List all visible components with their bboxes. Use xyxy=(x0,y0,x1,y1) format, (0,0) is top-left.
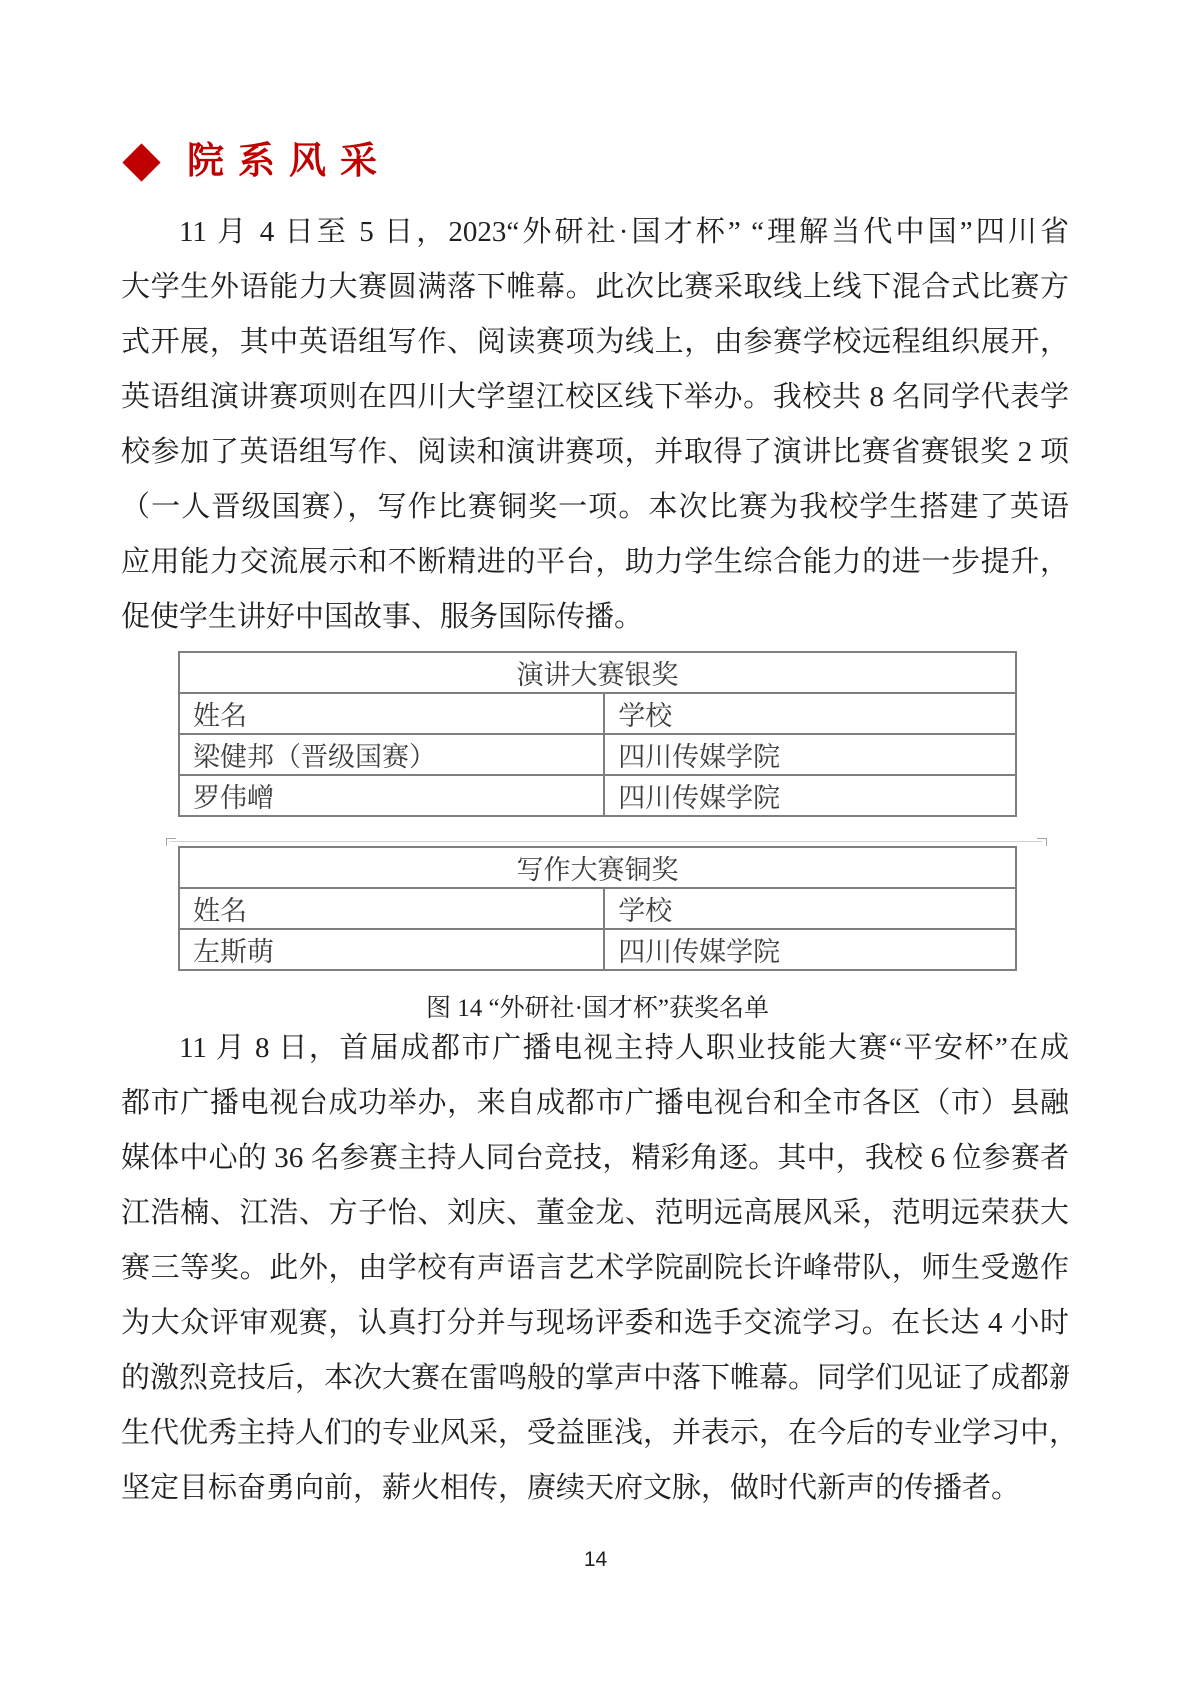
column-header-school: 学校 xyxy=(604,693,1016,734)
paragraph-foreign-language-contest: 11 月 4 日至 5 日，2023“外研社·国才杯” “理解当代中国”四川省 … xyxy=(121,205,1069,645)
paragraph-line: 的激烈竞技后，本次大赛在雷鸣般的掌声中落下帷幕。同学们见证了成都新 xyxy=(121,1351,1069,1406)
column-header-school: 学校 xyxy=(604,888,1016,929)
scan-artifact-tick xyxy=(1037,838,1047,846)
cell-school: 四川传媒学院 xyxy=(604,775,1016,816)
scan-artifact-line xyxy=(170,841,1042,842)
table-title: 写作大赛铜奖 xyxy=(179,847,1016,888)
page-number: 14 xyxy=(0,1548,1191,1572)
paragraph-line: 应用能力交流展示和不断精进的平台，助力学生综合能力的进一步提升， xyxy=(121,535,1069,590)
table-title-row: 演讲大赛银奖 xyxy=(179,652,1016,693)
writing-award-table: 写作大赛铜奖 姓名 学校 左斯萌 四川传媒学院 xyxy=(178,846,1017,971)
cell-school: 四川传媒学院 xyxy=(604,734,1016,775)
table-row: 梁健邦（晋级国赛） 四川传媒学院 xyxy=(179,734,1016,775)
table-title-row: 写作大赛铜奖 xyxy=(179,847,1016,888)
paragraph-line: 式开展，其中英语组写作、阅读赛项为线上，由参赛学校远程组织展开， xyxy=(121,315,1069,370)
paragraph-line: 都市广播电视台成功举办，来自成都市广播电视台和全市各区（市）县融 xyxy=(121,1076,1069,1131)
paragraph-line: 媒体中心的 36 名参赛主持人同台竞技，精彩角逐。其中，我校 6 位参赛者 xyxy=(121,1131,1069,1186)
speech-award-table: 演讲大赛银奖 姓名 学校 梁健邦（晋级国赛） 四川传媒学院 罗伟嶒 四川传媒学院 xyxy=(178,651,1017,817)
cell-name: 梁健邦（晋级国赛） xyxy=(179,734,604,775)
column-header-name: 姓名 xyxy=(179,693,604,734)
paragraph-line: 促使学生讲好中国故事、服务国际传播。 xyxy=(121,590,1069,645)
scan-artifact-tick xyxy=(166,838,176,846)
paragraph-line: 11 月 8 日，首届成都市广播电视主持人职业技能大赛“平安杯”在成 xyxy=(121,1021,1069,1076)
table-header-row: 姓名 学校 xyxy=(179,888,1016,929)
section-title: 院系风采 xyxy=(187,136,391,188)
column-header-name: 姓名 xyxy=(179,888,604,929)
table-row: 左斯萌 四川传媒学院 xyxy=(179,929,1016,970)
cell-school: 四川传媒学院 xyxy=(604,929,1016,970)
diamond-bullet-icon xyxy=(122,143,160,181)
document-page: 院系风采 11 月 4 日至 5 日，2023“外研社·国才杯” “理解当代中国… xyxy=(0,0,1191,1684)
paragraph-line: （一人晋级国赛），写作比赛铜奖一项。本次比赛为我校学生搭建了英语 xyxy=(121,480,1069,535)
paragraph-line: 坚定目标奋勇向前，薪火相传，赓续天府文脉，做时代新声的传播者。 xyxy=(121,1461,1069,1516)
paragraph-hosting-contest: 11 月 8 日，首届成都市广播电视主持人职业技能大赛“平安杯”在成 都市广播电… xyxy=(121,1021,1069,1516)
paragraph-line: 大学生外语能力大赛圆满落下帷幕。此次比赛采取线上线下混合式比赛方 xyxy=(121,260,1069,315)
figure-caption: 图 14 “外研社·国才杯”获奖名单 xyxy=(178,988,1017,1024)
table-title: 演讲大赛银奖 xyxy=(179,652,1016,693)
paragraph-line: 校参加了英语组写作、阅读和演讲赛项，并取得了演讲比赛省赛银奖 2 项 xyxy=(121,425,1069,480)
paragraph-line: 英语组演讲赛项则在四川大学望江校区线下举办。我校共 8 名同学代表学 xyxy=(121,370,1069,425)
paragraph-line: 11 月 4 日至 5 日，2023“外研社·国才杯” “理解当代中国”四川省 xyxy=(121,205,1069,260)
cell-name: 左斯萌 xyxy=(179,929,604,970)
cell-name: 罗伟嶒 xyxy=(179,775,604,816)
paragraph-line: 赛三等奖。此外，由学校有声语言艺术学院副院长许峰带队，师生受邀作 xyxy=(121,1241,1069,1296)
paragraph-line: 生代优秀主持人们的专业风采，受益匪浅，并表示，在今后的专业学习中，将 xyxy=(121,1406,1069,1461)
section-heading: 院系风采 xyxy=(122,136,391,188)
table-header-row: 姓名 学校 xyxy=(179,693,1016,734)
table-row: 罗伟嶒 四川传媒学院 xyxy=(179,775,1016,816)
paragraph-line: 为大众评审观赛，认真打分并与现场评委和选手交流学习。在长达 4 小时 xyxy=(121,1296,1069,1351)
paragraph-line: 江浩楠、江浩、方子怡、刘庆、董金龙、范明远高展风采，范明远荣获大 xyxy=(121,1186,1069,1241)
